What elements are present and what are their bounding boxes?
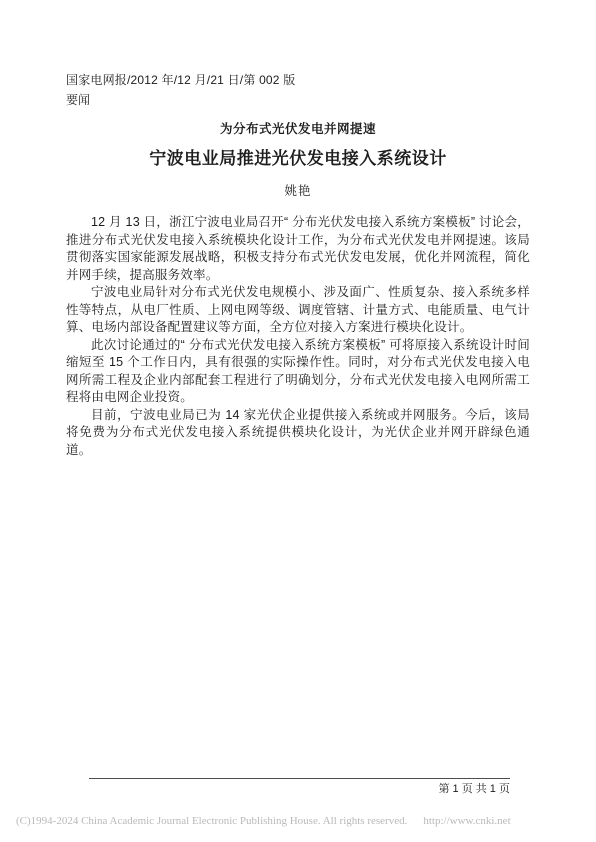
copyright-notice: (C)1994-2024 China Academic Journal Elec…	[16, 815, 407, 827]
article-paragraph: 目前，宁波电业局已为 14 家光伏企业提供接入系统或并网服务。今后，该局将免费为…	[66, 407, 530, 460]
publication-source-line: 国家电网报/2012 年/12 月/21 日/第 002 版	[66, 73, 530, 88]
article-kicker: 为分布式光伏发电并网提速	[66, 122, 530, 137]
document-page: 国家电网报/2012 年/12 月/21 日/第 002 版 要闻 为分布式光伏…	[0, 0, 596, 842]
article-body: 12 月 13 日，浙江宁波电业局召开“ 分布光伏发电接入系统方案模板” 讨论会…	[66, 214, 530, 459]
copyright-bar: (C)1994-2024 China Academic Journal Elec…	[16, 814, 511, 828]
cnki-link[interactable]: http://www.cnki.net	[423, 815, 510, 827]
page-indicator: 第 1 页 共 1 页	[438, 782, 510, 796]
article-author: 姚艳	[66, 184, 530, 199]
article-content: 国家电网报/2012 年/12 月/21 日/第 002 版 要闻 为分布式光伏…	[66, 73, 530, 459]
article-title: 宁波电业局推进光伏发电接入系统设计	[66, 147, 530, 170]
footer-divider	[89, 778, 510, 779]
article-paragraph: 12 月 13 日，浙江宁波电业局召开“ 分布光伏发电接入系统方案模板” 讨论会…	[66, 214, 530, 284]
section-label: 要闻	[66, 93, 530, 108]
article-paragraph: 宁波电业局针对分布式光伏发电规模小、涉及面广、性质复杂、接入系统多样性等特点，从…	[66, 284, 530, 337]
article-paragraph: 此次讨论通过的“ 分布式光伏发电接入系统方案模板” 可将原接入系统设计时间缩短至…	[66, 337, 530, 407]
